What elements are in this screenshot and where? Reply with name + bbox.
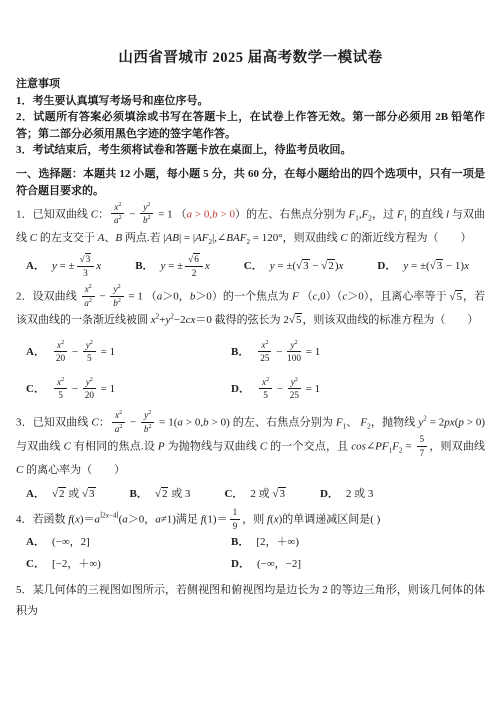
question-1: 1．已知双曲线 C：x2a2 − y2b2 = 1 （a > 0,b > 0）的… (16, 203, 485, 280)
option-b: B．x225 − y2100 = 1 (231, 341, 485, 365)
option-value: y = ±√33x (52, 260, 101, 272)
question-1-options: A．y = ±√33x B．y = ±√62x C．y = ±(√3 − √2)… (16, 254, 485, 279)
option-a: A．y = ±√33x (26, 254, 101, 279)
option-value: x225 − y2100 = 1 (256, 346, 320, 358)
option-label: C． (26, 558, 45, 570)
option-b: B．√2 或 3 (130, 487, 191, 502)
option-value: 2 或 √3 (250, 488, 286, 500)
section-heading-choice-questions: 一、选择题：本题共 12 小题，每小题 5 分，共 60 分，在每小题给出的四个… (16, 166, 485, 201)
option-value: y = ±√62x (161, 260, 210, 272)
option-c: C．y = ±(√3 − √2)x (244, 259, 344, 274)
question-3-stem: 3．已知双曲线 C：x2a2 − y2b2 = 1(a > 0,b > 0) 的… (16, 411, 485, 483)
option-label: D． (377, 260, 396, 272)
notice-item-2: 2．试题所有答案必须填涂或书写在答题卡上，在试卷上作答无效。第一部分必须用 2B… (16, 109, 485, 142)
option-value: √2 或 √3 (52, 488, 96, 500)
option-c: C．[−2，＋∞) (26, 557, 231, 572)
notice-item-3: 3．考试结束后，考生须将试卷和答题卡放在桌面上，待监考员收回。 (16, 142, 485, 159)
option-d: D．2 或 3 (320, 487, 373, 502)
option-value: x25 − y220 = 1 (52, 383, 115, 395)
option-b: B．y = ±√62x (135, 254, 210, 279)
question-2-stem: 2．设双曲线 x2a2 − y2b2 = 1 （a＞0，b＞0）的一个焦点为 F… (16, 285, 485, 333)
option-value: 2 或 3 (346, 488, 374, 500)
option-value: (−∞，−2] (257, 558, 301, 570)
question-1-stem: 1．已知双曲线 C：x2a2 − y2b2 = 1 （a > 0,b > 0）的… (16, 203, 485, 251)
notice-section: 注意事项 1．考生要认真填写考场号和座位序号。 2．试题所有答案必须填涂或书写在… (16, 76, 485, 159)
question-4-options: A．(−∞，2] B．[2，＋∞) C．[−2，＋∞) D．(−∞，−2] (16, 535, 485, 573)
option-label: B． (130, 488, 148, 500)
option-label: C． (244, 260, 263, 272)
option-value: [−2，＋∞) (52, 558, 101, 570)
question-3: 3．已知双曲线 C：x2a2 − y2b2 = 1(a > 0,b > 0) 的… (16, 411, 485, 502)
question-3-options: A．√2 或 √3 B．√2 或 3 C．2 或 √3 D．2 或 3 (16, 487, 485, 502)
question-2: 2．设双曲线 x2a2 − y2b2 = 1 （a＞0，b＞0）的一个焦点为 F… (16, 285, 485, 401)
option-label: A． (26, 260, 45, 272)
option-label: D． (320, 488, 339, 500)
option-value: y = ±(√3 − √2)x (270, 260, 344, 272)
question-5-stem: 5．某几何体的三视图如图所示，若侧视图和俯视图均是边长为 2 的等边三角形，则该… (16, 580, 485, 622)
option-label: B． (135, 260, 153, 272)
option-value: y = ±(√3 − 1)x (403, 260, 469, 272)
option-label: C． (26, 383, 45, 395)
option-value: [2，＋∞) (256, 536, 299, 548)
option-c: C．x25 − y220 = 1 (26, 378, 231, 402)
question-2-options: A．x220 − y25 = 1 B．x225 − y2100 = 1 C．x2… (16, 341, 485, 401)
option-c: C．2 或 √3 (224, 487, 286, 502)
option-label: B． (231, 346, 249, 358)
option-a: A．(−∞，2] (26, 535, 231, 550)
option-label: C． (224, 488, 243, 500)
option-label: B． (231, 536, 249, 548)
question-4-stem: 4．若函数 f(x)＝a∣2x−4∣(a＞0，a≠1)满足 f(1)＝19，则 … (16, 508, 485, 532)
notice-item-1: 1．考生要认真填写考场号和座位序号。 (16, 93, 485, 110)
question-4: 4．若函数 f(x)＝a∣2x−4∣(a＞0，a≠1)满足 f(1)＝19，则 … (16, 508, 485, 572)
exam-paper-page: 山西省晋城市 2025 届高考数学一模试卷 注意事项 1．考生要认真填写考场号和… (0, 0, 500, 621)
option-b: B．[2，＋∞) (231, 535, 485, 550)
option-d: D．x25 − y225 = 1 (231, 378, 485, 402)
notice-heading: 注意事项 (16, 76, 485, 93)
option-value: (−∞，2] (52, 536, 90, 548)
question-5: 5．某几何体的三视图如图所示，若侧视图和俯视图均是边长为 2 的等边三角形，则该… (16, 580, 485, 622)
option-label: D． (231, 383, 250, 395)
option-label: A． (26, 488, 45, 500)
option-d: D．y = ±(√3 − 1)x (377, 259, 469, 274)
option-value: x25 − y225 = 1 (257, 383, 320, 395)
option-label: A． (26, 346, 45, 358)
option-value: √2 或 3 (155, 488, 191, 500)
option-value: x220 − y25 = 1 (52, 346, 115, 358)
option-a: A．x220 − y25 = 1 (26, 341, 231, 365)
option-a: A．√2 或 √3 (26, 487, 96, 502)
option-label: D． (231, 558, 250, 570)
option-d: D．(−∞，−2] (231, 557, 485, 572)
page-title: 山西省晋城市 2025 届高考数学一模试卷 (16, 46, 485, 67)
option-label: A． (26, 536, 45, 548)
